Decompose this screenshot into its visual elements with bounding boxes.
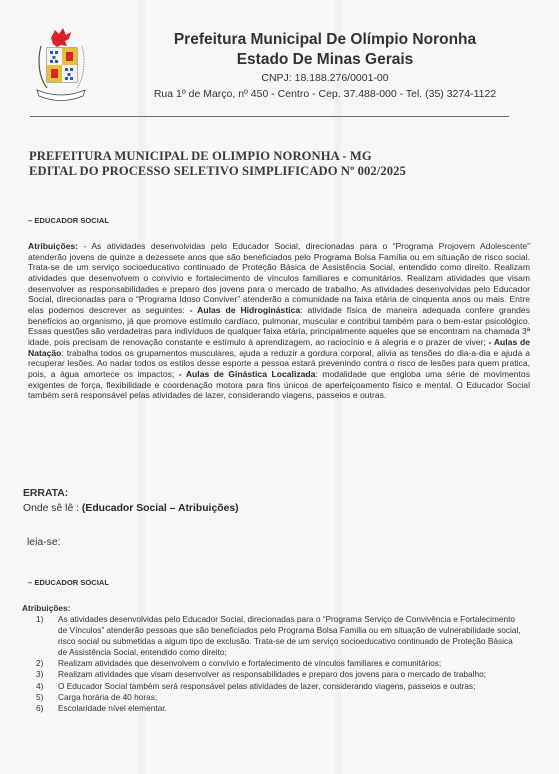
corrected-attributions-list: 1)As atividades desenvolvidas pelo Educa…	[22, 614, 522, 714]
list-item-text: Carga horária de 40 horas;	[58, 692, 157, 702]
list-item: 2)Realizam atividades que desenvolvem o …	[22, 658, 522, 669]
where-reads-prefix: Onde sê lê :	[23, 503, 82, 514]
letterhead-title: Prefeitura Municipal De Olímpio Noronha	[130, 30, 520, 49]
list-item-number: 3)	[36, 669, 43, 680]
section-heading-corrected: – EDUCADOR SOCIAL	[28, 578, 109, 587]
list-item-number: 5)	[36, 692, 43, 703]
attributions-label: Atribuições:	[28, 241, 78, 251]
paragraph-text: - As atividades desenvolvidas pelo Educa…	[28, 241, 530, 315]
letterhead-subtitle: Estado De Minas Gerais	[130, 50, 520, 69]
section-heading-original: – EDUCADOR SOCIAL	[28, 216, 109, 225]
document-title-line-1: PREFEITURA MUNICIPAL DE OLIMPIO NORONHA …	[29, 149, 406, 164]
list-item: 6)Escolaridade nível elementar.	[22, 703, 522, 714]
letterhead-cnpj: CNPJ: 18.188.276/0001-00	[130, 72, 520, 84]
errata-read-as: leia-se:	[27, 537, 61, 548]
coat-of-arms-icon	[33, 26, 89, 104]
document-title-line-2: EDITAL DO PROCESSO SELETIVO SIMPLIFICADO…	[29, 164, 406, 179]
list-item-number: 2)	[36, 658, 43, 669]
list-item-text: As atividades desenvolvidas pelo Educado…	[58, 614, 521, 657]
errata-where-reads: Onde sê lê : (Educador Social – Atribuiç…	[23, 503, 239, 514]
list-item: 1)As atividades desenvolvidas pelo Educa…	[22, 614, 522, 658]
hydrogymnastics-label: - Aulas de Hidroginástica	[190, 305, 300, 315]
list-item-text: O Educador Social também será responsáve…	[58, 681, 475, 691]
corrected-attributions-label: Atribuições:	[22, 603, 70, 613]
list-item: 4)O Educador Social também será responsá…	[22, 681, 522, 692]
localized-gymnastics-label: - Aulas de Ginástica Localizada	[179, 369, 316, 379]
where-reads-reference: (Educador Social – Atribuições)	[82, 503, 239, 514]
list-item-number: 1)	[36, 614, 43, 625]
original-attributions-paragraph: Atribuições: - As atividades desenvolvid…	[28, 241, 530, 401]
list-item-text: Realizam atividades que visam desenvolve…	[58, 669, 486, 679]
errata-heading: ERRATA:	[23, 488, 68, 499]
list-item-number: 6)	[36, 703, 43, 714]
list-item-text: Realizam atividades que desenvolvem o co…	[58, 658, 441, 668]
list-item-number: 4)	[36, 681, 43, 692]
list-item: 5)Carga horária de 40 horas;	[22, 692, 522, 703]
letterhead-address: Rua 1º de Março, nº 450 - Centro - Cep. …	[120, 88, 530, 100]
list-item-text: Escolaridade nível elementar.	[58, 703, 167, 713]
list-item: 3)Realizam atividades que visam desenvol…	[22, 669, 522, 680]
document-title: PREFEITURA MUNICIPAL DE OLIMPIO NORONHA …	[29, 149, 406, 179]
header-divider	[30, 116, 509, 117]
